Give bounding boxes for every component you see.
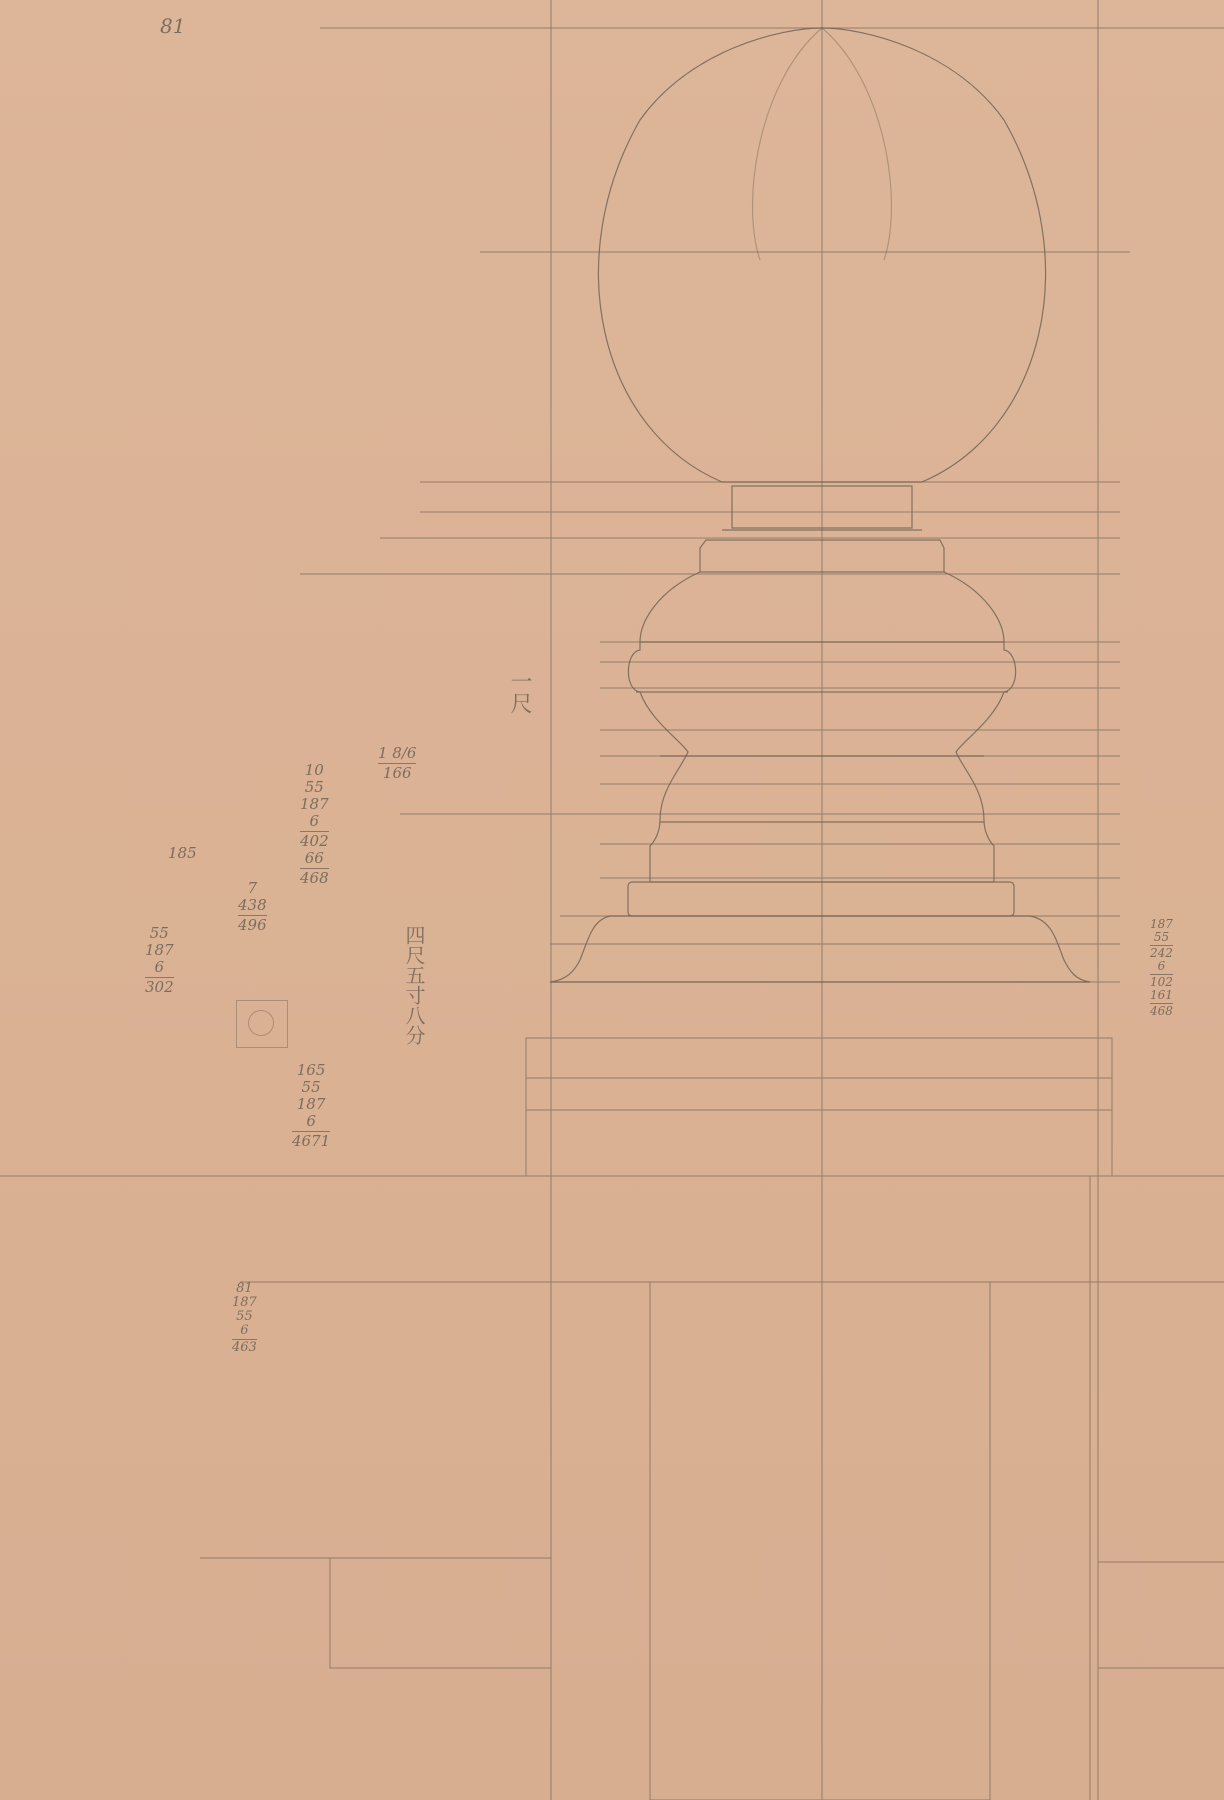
- calc-lower: 165 55 187 64671: [292, 1062, 330, 1150]
- plan-sketch-circle: [248, 1010, 274, 1036]
- finial-outline: [550, 28, 1090, 982]
- height-label: 一尺: [505, 670, 533, 714]
- calc-right: 187 55242 6102 161468: [1150, 918, 1173, 1018]
- drawing-sheet: 81 一尺 四尺五寸八分 1 8/6166 10 55 187 6402 664…: [0, 0, 1224, 1800]
- calc-bottom: 81 187 55 6463: [232, 1282, 257, 1355]
- calc-left: 55 187 6302: [145, 925, 174, 996]
- vertical-dimension-label: 四尺五寸八分: [400, 925, 428, 1045]
- finial-drawing: [0, 0, 1224, 1800]
- calc-left-small: 185: [168, 845, 197, 862]
- calc-top-right: 1 8/6166: [378, 745, 416, 782]
- calc-center: 10 55 187 6402 66468: [300, 762, 329, 887]
- page-number: 81: [160, 18, 185, 35]
- calc-mid-left: 7 438496: [238, 880, 267, 934]
